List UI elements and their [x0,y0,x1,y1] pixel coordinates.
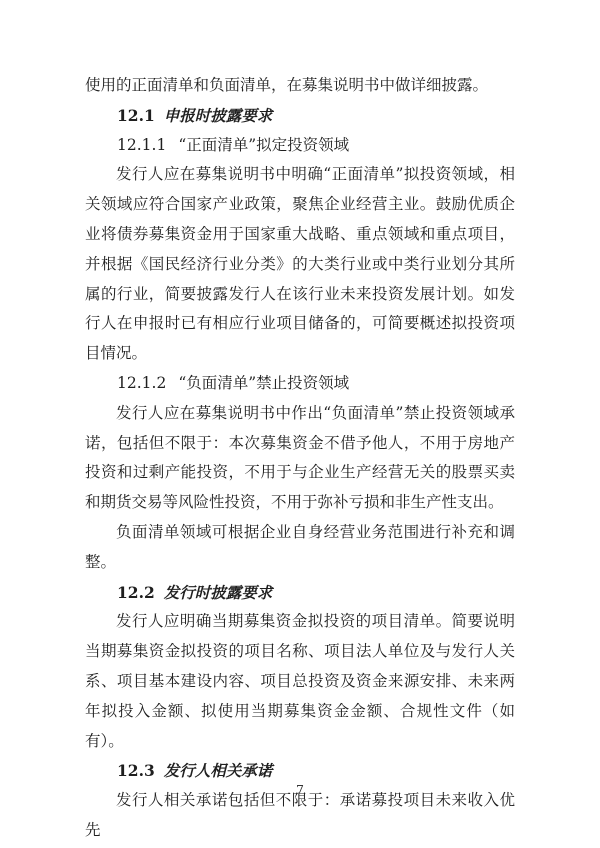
section-number: 12.2 [117,583,155,602]
section-heading-12-2: 12.2发行时披露要求 [85,578,515,608]
paragraph-positive-list: 发行人应在募集说明书中明确“正面清单”拟投资领域，相关领域应符合国家产业政策，聚… [85,160,515,369]
subsection-title: “正面清单”拟定投资领域 [178,136,349,154]
subsection-heading-12-1-2: 12.1.2“负面清单”禁止投资领域 [85,369,515,399]
page-number: 7 [0,782,600,798]
section-title: 发行时披露要求 [164,583,273,602]
section-number: 12.3 [117,761,155,780]
subsection-heading-12-1-1: 12.1.1“正面清单”拟定投资领域 [85,131,515,161]
paragraph-continuation: 使用的正面清单和负面清单，在募集说明书中做详细披露。 [85,71,515,101]
section-title: 发行人相关承诺 [164,761,273,780]
subsection-title: “负面清单”禁止投资领域 [178,374,349,392]
subsection-number: 12.1.1 [117,136,166,154]
section-number: 12.1 [117,106,155,125]
paragraph-negative-list-commitment: 发行人应在募集说明书中作出“负面清单”禁止投资领域承诺，包括但不限于：本次募集资… [85,399,515,518]
document-page: 使用的正面清单和负面清单，在募集说明书中做详细披露。 12.1申报时披露要求 1… [0,0,600,848]
subsection-number: 12.1.2 [117,374,166,392]
paragraph-negative-list-adjustment: 负面清单领域可根据企业自身经营业务范围进行补充和调整。 [85,518,515,578]
section-heading-12-1: 12.1申报时披露要求 [85,101,515,131]
section-title: 申报时披露要求 [164,106,273,125]
paragraph-issuance-disclosure: 发行人应明确当期募集资金拟投资的项目清单。简要说明当期募集资金拟投资的项目名称、… [85,607,515,756]
document-content: 使用的正面清单和负面清单，在募集说明书中做详细披露。 12.1申报时披露要求 1… [85,71,515,846]
